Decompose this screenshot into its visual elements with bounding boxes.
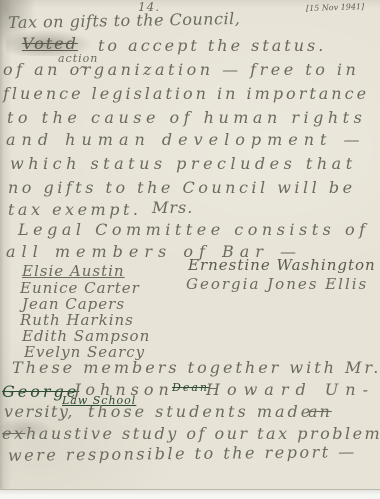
name-entry: Georgia Jones Ellis [186, 277, 368, 292]
handwriting-line: tax exempt. [8, 202, 141, 218]
handwriting-line: haustive study of our tax problem, [26, 426, 380, 442]
name-entry: Jean Capers [22, 297, 125, 312]
scanner-background [0, 490, 380, 499]
scanned-document: 14. [15 Nov 1941] Tax on gifts to the Co… [0, 0, 380, 499]
handwriting-line: Tax on gifts to the Council, [8, 11, 241, 31]
struck-prefix-ex: ex [2, 426, 26, 442]
handwriting-line: and human development — [6, 132, 366, 148]
handwriting-line: These members together with Mr. [12, 360, 380, 376]
handwriting-word: Mrs. [152, 200, 193, 216]
handwriting-line: no gifts to the Council will be [8, 180, 356, 196]
handwriting-word: Howard Un- [206, 382, 375, 398]
handwriting-line: to accept the status. [98, 38, 326, 54]
handwriting-line: which status precludes that [10, 156, 357, 172]
struck-insertion-dean: Dean [172, 382, 209, 393]
handwriting-line: of an organization — free to in [3, 62, 359, 78]
name-entry: Eunice Carter [20, 281, 140, 296]
handwriting-line: Legal Committee consists of [18, 222, 370, 238]
handwriting-line: fluence legislation in importance [3, 86, 369, 102]
struck-word-voted: Voted [22, 36, 78, 52]
handwriting-line: those students made [88, 404, 313, 420]
name-entry: Ruth Harkins [20, 313, 134, 328]
handwriting-line: to the cause of human rights [7, 110, 366, 126]
name-entry: Ernestine Washington [188, 258, 376, 273]
name-entry: Edith Sampson [22, 329, 150, 344]
name-entry: Elsie Austin [22, 264, 125, 279]
struck-word-an: an [308, 404, 332, 420]
handwriting-line: were responsible to the report — [8, 444, 357, 464]
